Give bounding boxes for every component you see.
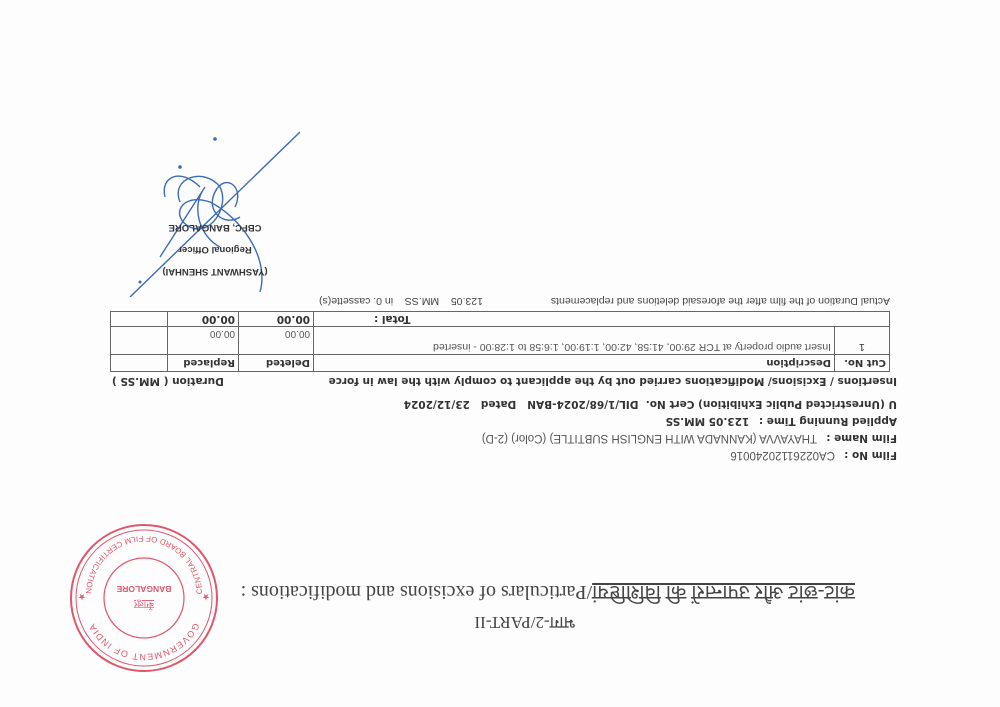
actual-duration-row: Actual Duration of the film after the af… — [319, 295, 890, 307]
cell-empty — [111, 327, 168, 355]
stamp-text-top: GOVERNMENT OF INDIA — [87, 622, 202, 663]
header-description: Description — [314, 355, 835, 372]
cell-deleted: 00.00 — [239, 327, 314, 355]
cell-description: Insert audio property at TCR 29:00, 41:5… — [314, 327, 835, 355]
heading-hindi: कांट-छांट और उपान्तरों की विशिष्टियां — [592, 581, 855, 603]
header-cut-no: Cut No. — [835, 355, 890, 372]
actual-duration-label: Actual Duration of the film after the af… — [551, 295, 890, 307]
running-time-label: Applied Running Time : — [759, 415, 897, 427]
actual-duration-value: 123.05 MM.SS in 0. cassette(s) — [319, 295, 483, 307]
total-replaced: 00.00 — [168, 312, 239, 327]
insertions-label: Insertions / Excisions/ Modifications ca… — [329, 375, 897, 387]
film-no-value: CA02261120240016 — [730, 449, 835, 461]
total-empty — [111, 312, 168, 327]
insertions-row: Insertions / Excisions/ Modifications ca… — [112, 375, 897, 387]
film-no-row: Film No : CA02261120240016 — [730, 449, 897, 461]
stamp-star-left: ★ — [202, 592, 210, 602]
heading-english: /Particulars of excisions and modificati… — [241, 581, 593, 603]
signature-block: (YASHWANT SHENHAI) Regional Officer CBFC… — [120, 117, 300, 297]
film-no-label: Film No : — [844, 449, 897, 461]
stamp-star-right: ★ — [78, 592, 86, 602]
header-replaced: Replaced — [168, 355, 239, 372]
running-time-value: 123.05 MM.SS — [666, 415, 750, 427]
stamp-center-english: BANGALORE — [116, 584, 171, 594]
certificate-line: U (Unrestricted Public Exhibition) Cert … — [404, 398, 897, 410]
cell-cut-no: 1 — [835, 327, 890, 355]
official-stamp: GOVERNMENT OF INDIA CENTRAL BOARD OF FIL… — [68, 522, 220, 674]
header-deleted: Deleted — [239, 355, 314, 372]
svg-text:GOVERNMENT OF INDIA: GOVERNMENT OF INDIA — [87, 622, 202, 663]
signatory-role: Regional Officer — [130, 244, 300, 255]
section-heading: कांट-छांट और उपान्तरों की विशिष्टियां/Pa… — [241, 580, 855, 607]
cell-replaced: 00.00 — [168, 327, 239, 355]
total-label: Total : — [314, 312, 890, 327]
film-name-label: Film Name : — [826, 432, 897, 444]
duration-label: Duration ( MM.SS ) — [112, 375, 224, 387]
signatory-office: CBFC, BANGALORE — [130, 222, 300, 233]
signatory-name: (YASHWANT SHENHAI) — [130, 266, 300, 277]
film-name-row: Film Name : THAYAVVA (KANNADA WITH ENGLI… — [482, 432, 897, 444]
table-header-row: Cut No. Description Deleted Replaced — [111, 355, 890, 372]
header-empty — [111, 355, 168, 372]
cuts-table: Cut No. Description Deleted Replaced 1 I… — [110, 311, 890, 372]
total-deleted: 00.00 — [239, 312, 314, 327]
running-time-row: Applied Running Time : 123.05 MM.SS — [666, 415, 897, 427]
stamp-center-hindi: बेंगलूर — [134, 599, 154, 611]
film-name-value: THAYAVVA (KANNADA WITH ENGLISH SUBTITLE)… — [482, 432, 817, 444]
cbfc-seal-icon: GOVERNMENT OF INDIA CENTRAL BOARD OF FIL… — [68, 522, 220, 674]
table-total-row: Total : 00.00 00.00 — [111, 312, 890, 327]
table-row: 1 Insert audio property at TCR 29:00, 41… — [111, 327, 890, 355]
certificate-page: भाग-2/PART-II कांट-छांट और उपान्तरों की … — [0, 0, 1000, 707]
